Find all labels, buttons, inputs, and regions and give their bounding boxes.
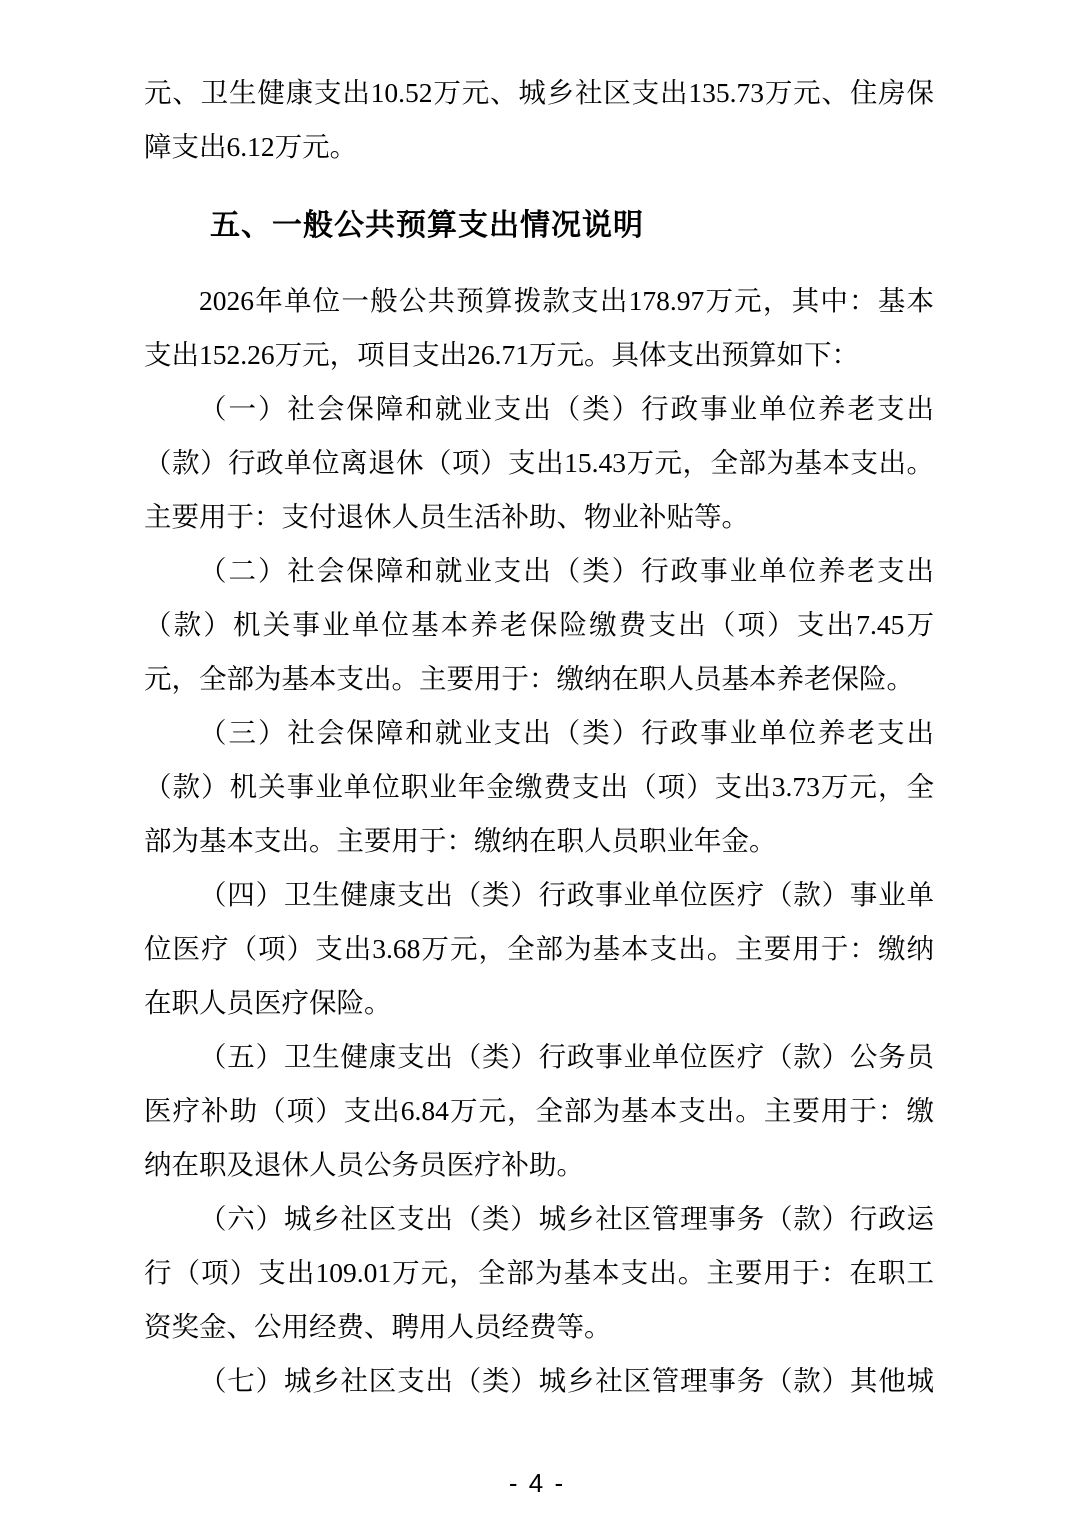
- text-line: （款）机关事业单位基本养老保险缴费支出（项）支出7.45万: [144, 598, 934, 652]
- text-line: （四）卫生健康支出（类）行政事业单位医疗（款）事业单: [144, 868, 934, 922]
- text-line: 位医疗（项）支出3.68万元，全部为基本支出。主要用于：缴纳: [144, 922, 934, 976]
- text-line: （款）机关事业单位职业年金缴费支出（项）支出3.73万元，全: [144, 760, 934, 814]
- page-number: - 4 -: [0, 1468, 1074, 1499]
- text-line: （一）社会保障和就业支出（类）行政事业单位养老支出: [144, 382, 934, 436]
- section-heading: 五、一般公共预算支出情况说明: [144, 199, 934, 253]
- text-line: （款）行政单位离退休（项）支出15.43万元，全部为基本支出。: [144, 436, 934, 490]
- text-line: （七）城乡社区支出（类）城乡社区管理事务（款）其他城: [144, 1354, 934, 1408]
- text-line: 支出152.26万元，项目支出26.71万元。具体支出预算如下：: [144, 328, 934, 382]
- text-line: 主要用于：支付退休人员生活补助、物业补贴等。: [144, 490, 934, 544]
- text-line: （五）卫生健康支出（类）行政事业单位医疗（款）公务员: [144, 1030, 934, 1084]
- text-line: 元，全部为基本支出。主要用于：缴纳在职人员基本养老保险。: [144, 652, 934, 706]
- text-line: （三）社会保障和就业支出（类）行政事业单位养老支出: [144, 706, 934, 760]
- text-line: （二）社会保障和就业支出（类）行政事业单位养老支出: [144, 544, 934, 598]
- text-line: 部为基本支出。主要用于：缴纳在职人员职业年金。: [144, 814, 934, 868]
- document-body: 元、卫生健康支出10.52万元、城乡社区支出135.73万元、住房保障支出6.1…: [144, 66, 934, 1408]
- text-line: 医疗补助（项）支出6.84万元，全部为基本支出。主要用于：缴: [144, 1084, 934, 1138]
- text-line: 元、卫生健康支出10.52万元、城乡社区支出135.73万元、住房保: [144, 66, 934, 120]
- text-line: 2026年单位一般公共预算拨款支出178.97万元，其中：基本: [144, 274, 934, 328]
- document-page: 元、卫生健康支出10.52万元、城乡社区支出135.73万元、住房保障支出6.1…: [0, 0, 1074, 1520]
- text-line: （六）城乡社区支出（类）城乡社区管理事务（款）行政运: [144, 1192, 934, 1246]
- text-line: 资奖金、公用经费、聘用人员经费等。: [144, 1300, 934, 1354]
- text-line: 在职人员医疗保险。: [144, 976, 934, 1030]
- text-line: 障支出6.12万元。: [144, 120, 934, 174]
- text-line: 纳在职及退休人员公务员医疗补助。: [144, 1138, 934, 1192]
- text-line: 行（项）支出109.01万元，全部为基本支出。主要用于：在职工: [144, 1246, 934, 1300]
